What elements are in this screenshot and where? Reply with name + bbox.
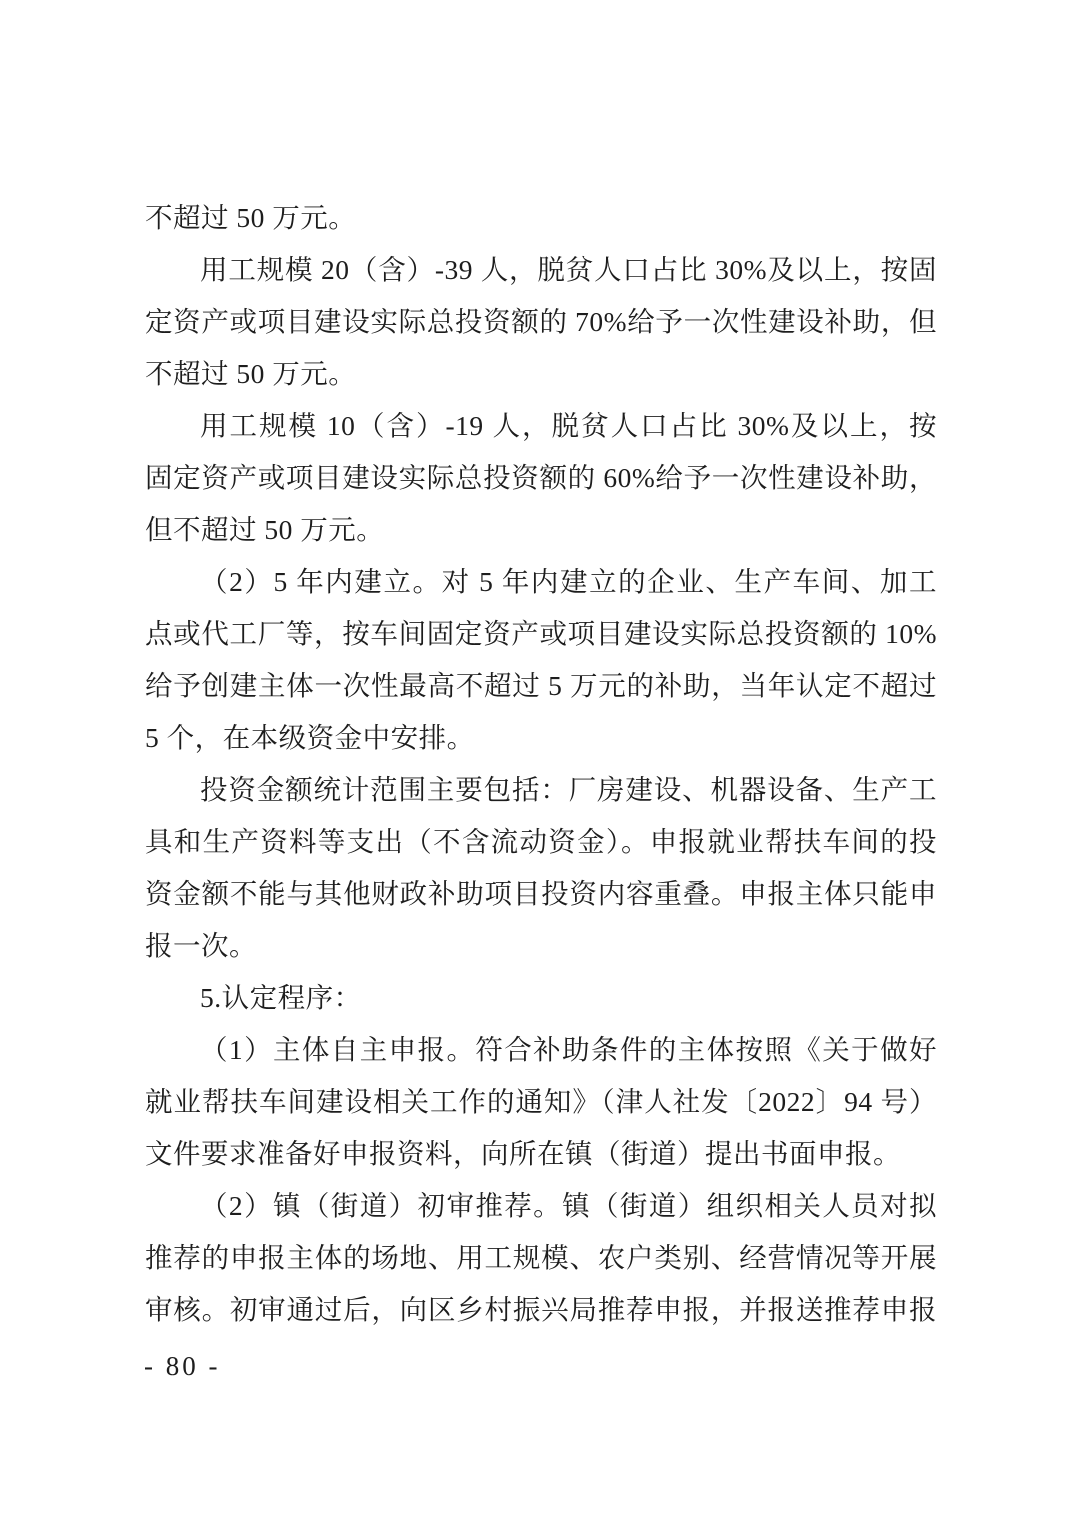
text-line: 投资金额统计范围主要包括：厂房建设、机器设备、生产工: [145, 764, 937, 816]
text-line: 具和生产资料等支出（不含流动资金）。申报就业帮扶车间的投: [145, 816, 937, 868]
text-line: 推荐的申报主体的场地、用工规模、农户类别、经营情况等开展: [145, 1232, 937, 1284]
text-line: 5 个，在本级资金中安排。: [145, 712, 937, 764]
page-body: 不超过 50 万元。 用工规模 20（含）-39 人，脱贫人口占比 30%及以上…: [145, 192, 937, 1336]
text-line: 报一次。: [145, 920, 937, 972]
text-line: 用工规模 20（含）-39 人，脱贫人口占比 30%及以上，按固: [145, 244, 937, 296]
text-line: 定资产或项目建设实际总投资额的 70%给予一次性建设补助，但: [145, 296, 937, 348]
text-line: 用工规模 10（含）-19 人，脱贫人口占比 30%及以上，按: [145, 400, 937, 452]
text-line: 给予创建主体一次性最高不超过 5 万元的补助，当年认定不超过: [145, 660, 937, 712]
text-line: 点或代工厂等，按车间固定资产或项目建设实际总投资额的 10%: [145, 608, 937, 660]
text-line: （1）主体自主申报。符合补助条件的主体按照《关于做好: [145, 1024, 937, 1076]
text-line: 就业帮扶车间建设相关工作的通知》（津人社发〔2022〕94 号）: [145, 1076, 937, 1128]
page-number: - 80 -: [144, 1350, 220, 1382]
document-page: 不超过 50 万元。 用工规模 20（含）-39 人，脱贫人口占比 30%及以上…: [0, 0, 1074, 1520]
text-line: 文件要求准备好申报资料，向所在镇（街道）提出书面申报。: [145, 1128, 937, 1180]
text-line: （2）5 年内建立。对 5 年内建立的企业、生产车间、加工: [145, 556, 937, 608]
text-line: 不超过 50 万元。: [145, 348, 937, 400]
text-line: 审核。初审通过后，向区乡村振兴局推荐申报，并报送推荐申报: [145, 1284, 937, 1336]
text-line: 但不超过 50 万元。: [145, 504, 937, 556]
text-line: 固定资产或项目建设实际总投资额的 60%给予一次性建设补助，: [145, 452, 937, 504]
text-line: （2）镇（街道）初审推荐。镇（街道）组织相关人员对拟: [145, 1180, 937, 1232]
text-line: 5.认定程序：: [145, 972, 937, 1024]
text-line: 资金额不能与其他财政补助项目投资内容重叠。申报主体只能申: [145, 868, 937, 920]
text-line: 不超过 50 万元。: [145, 192, 937, 244]
